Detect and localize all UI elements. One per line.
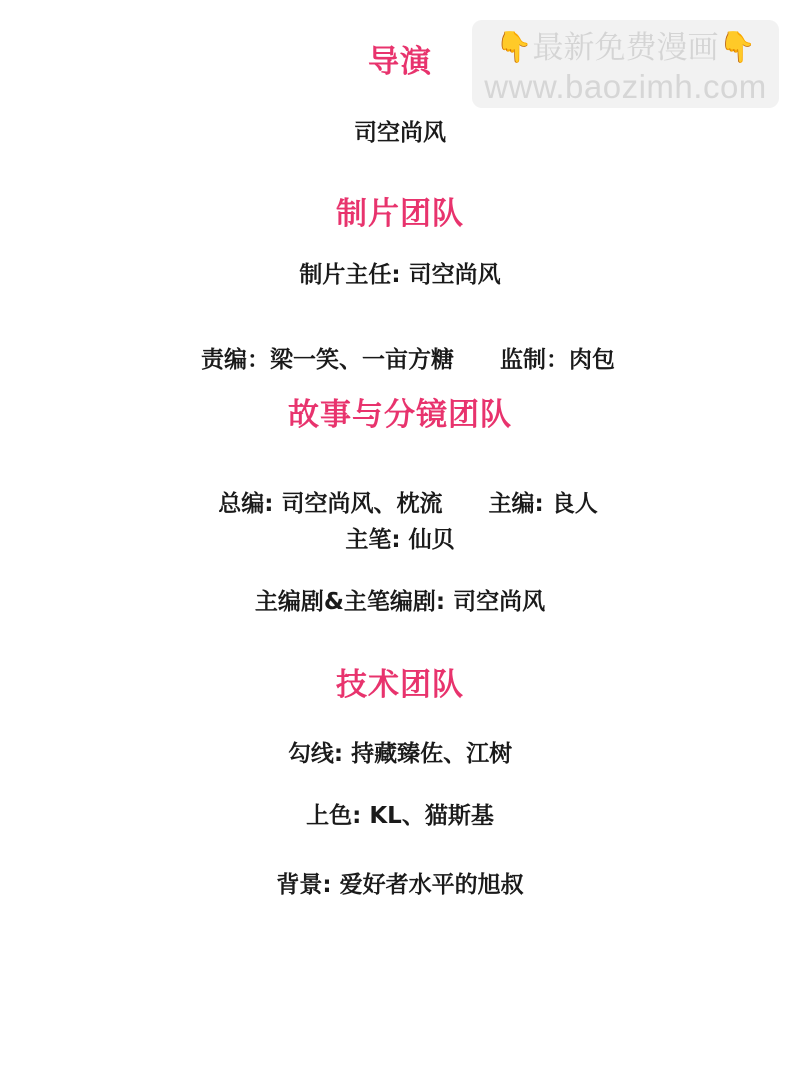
credit-supervisor: 监制：肉包 — [500, 347, 615, 373]
section-heading-story: 故事与分镜团队 — [0, 389, 800, 434]
credit-line-background: 背景: 爱好者水平的旭叔 — [0, 866, 800, 899]
credit-editors: 责编：梁一笑、一亩方糖 — [201, 347, 454, 373]
credit-chief-editor: 总编: 司空尚风、枕流 — [218, 491, 442, 517]
credit-line-production-manager: 制片主任: 司空尚风 — [0, 256, 800, 289]
section-heading-production: 制片团队 — [0, 188, 800, 233]
section-heading-technical: 技术团队 — [0, 659, 800, 704]
credit-line-director: 司空尚风 — [0, 114, 800, 147]
credit-line-chief-editors: 总编: 司空尚风、枕流主编: 良人 — [0, 459, 800, 518]
credit-line-editors-supervisor: 责编：梁一笑、一亩方糖监制：肉包 — [0, 315, 800, 374]
credit-main-editor: 主编: 良人 — [489, 491, 598, 517]
credit-line-coloring: 上色: KL、猫斯基 — [0, 797, 800, 830]
credit-line-lineart: 勾线: 持藏臻佐、江树 — [0, 735, 800, 768]
credit-line-writers: 主编剧&主笔编剧: 司空尚风 — [0, 583, 800, 616]
section-heading-director: 导演 — [0, 36, 800, 81]
credit-line-lead-artist: 主笔: 仙贝 — [0, 521, 800, 554]
